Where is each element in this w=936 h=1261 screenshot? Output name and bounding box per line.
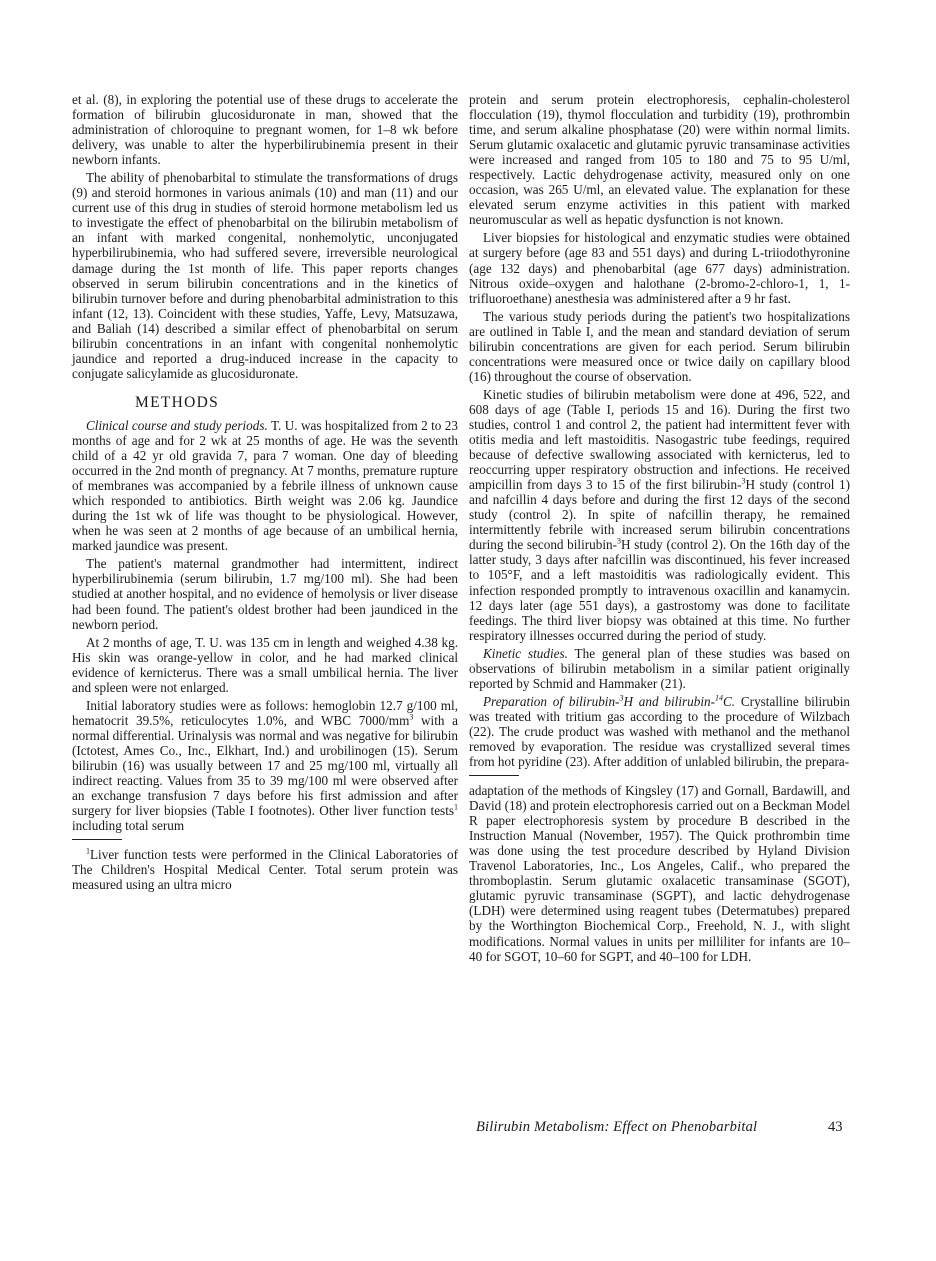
paragraph-phenobarbital-rationale: The ability of phenobarbital to stimulat…	[72, 170, 458, 381]
lab-text-1: Initial laboratory studies were as follo…	[72, 698, 458, 728]
footnote-marker-ref: 1	[454, 803, 458, 812]
kinetic-text-3: H study (control 2). On the 16th day of …	[469, 537, 850, 642]
paragraph-study-periods: The various study periods during the pat…	[469, 309, 850, 384]
footnote-1: 1Liver function tests were performed in …	[72, 847, 458, 892]
paragraph-liver-tests-continuation: protein and serum protein electrophoresi…	[469, 92, 850, 227]
superscript-14: 14	[715, 693, 723, 702]
lab-text-3: including total serum	[72, 818, 184, 833]
biopsy-smallcap-l: L	[752, 245, 760, 260]
lab-text-2: with a normal differential. Urinalysis w…	[72, 713, 458, 818]
runin-heading-clinical-course: Clinical course and study periods.	[86, 418, 268, 433]
right-column: protein and serum protein electrophoresi…	[469, 92, 850, 967]
left-column: et al. (8), in exploring the potential u…	[72, 92, 458, 895]
paragraph-kinetic-timeline: Kinetic studies of bilirubin metabolism …	[469, 387, 850, 643]
paragraph-clinical-course: Clinical course and study periods. T. U.…	[72, 418, 458, 553]
footnote-text: Liver function tests were performed in t…	[72, 847, 458, 892]
page-number: 43	[828, 1119, 843, 1136]
clinical-course-text: T. U. was hospitalized from 2 to 23 mont…	[72, 418, 458, 553]
section-heading-methods: METHODS	[135, 395, 458, 410]
paragraph-family-history: The patient's maternal grandmother had i…	[72, 556, 458, 631]
paragraph-intro-continuation: et al. (8), in exploring the potential u…	[72, 92, 458, 167]
paragraph-physical-exam: At 2 months of age, T. U. was 135 cm in …	[72, 635, 458, 695]
prep-runin-b: H and bilirubin-	[623, 694, 715, 709]
paragraph-liver-biopsies: Liver biopsies for histological and enzy…	[469, 230, 850, 305]
footnote-divider-right	[469, 775, 519, 776]
runin-heading-kinetic-studies: Kinetic studies.	[483, 646, 568, 661]
footnote-1-continuation: adaptation of the methods of Kingsley (1…	[469, 783, 850, 964]
paragraph-preparation: Preparation of bilirubin-3H and bilirubi…	[469, 694, 850, 769]
footnote-divider	[72, 839, 122, 840]
paragraph-laboratory-studies: Initial laboratory studies were as follo…	[72, 698, 458, 833]
prep-runin-a: Preparation of bilirubin-	[483, 694, 619, 709]
running-footer-title: Bilirubin Metabolism: Effect on Phenobar…	[476, 1119, 757, 1136]
runin-heading-preparation: Preparation of bilirubin-3H and bilirubi…	[483, 694, 735, 709]
paragraph-kinetic-studies: Kinetic studies. The general plan of the…	[469, 646, 850, 691]
prep-runin-c: C.	[723, 694, 735, 709]
